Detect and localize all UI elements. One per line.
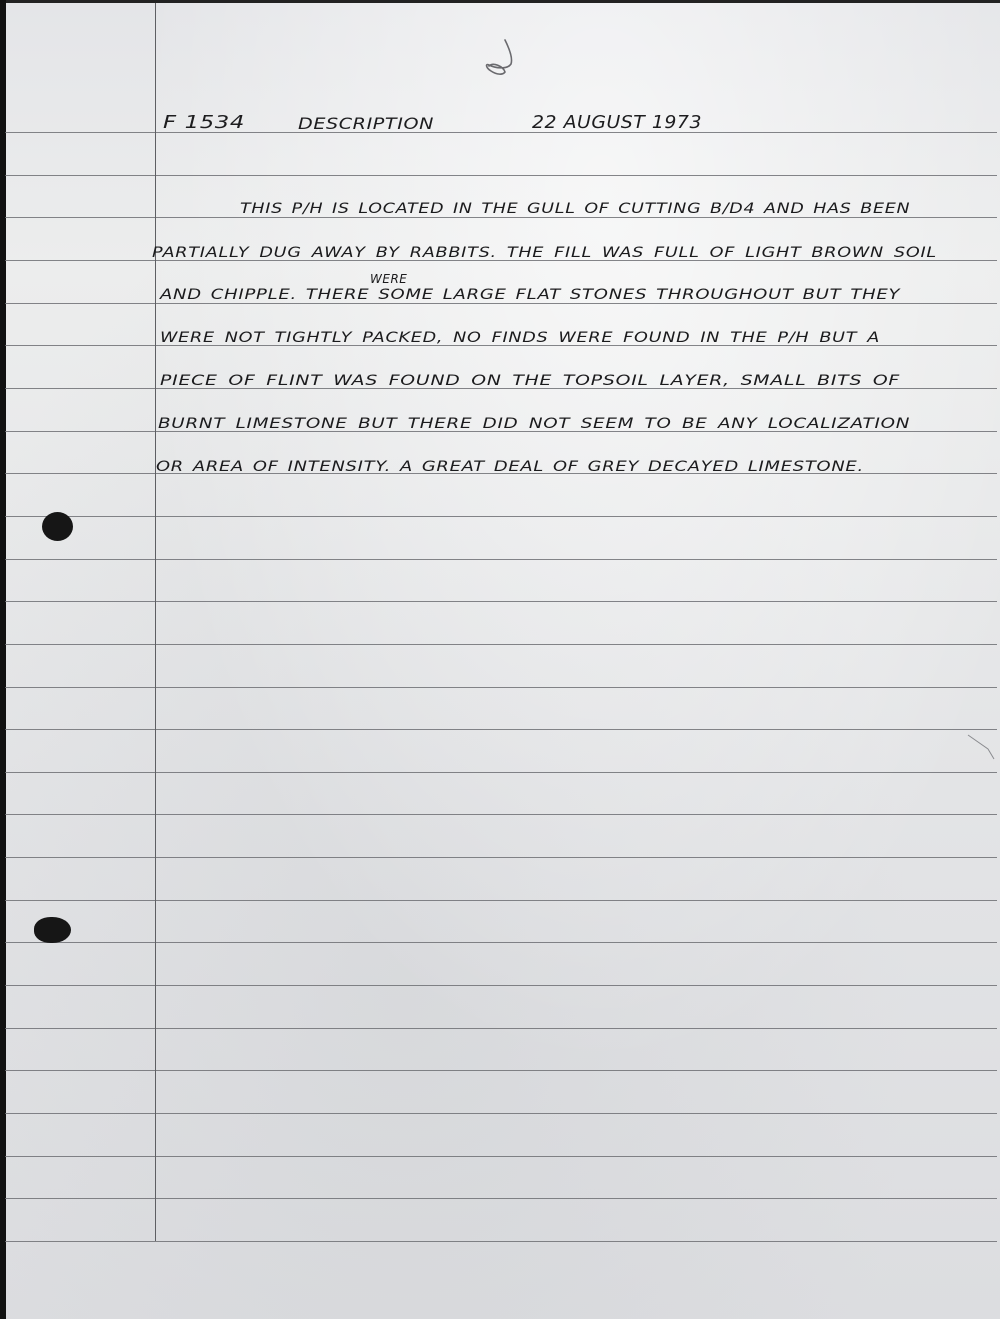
text-line-4: WERE NOT TIGHTLY PACKED, NO FINDS WERE F… xyxy=(160,330,880,346)
ruled-line xyxy=(5,1241,997,1242)
punch-hole-upper xyxy=(42,512,73,541)
ruled-line xyxy=(5,1113,997,1114)
feature-reference: F 1534 xyxy=(163,112,245,133)
entry-date: 22 AUGUST 1973 xyxy=(532,112,702,133)
ruled-line xyxy=(5,644,997,645)
ruled-line xyxy=(5,175,997,176)
pencil-scratch-mark xyxy=(966,733,996,763)
text-line-6: BURNT LIMESTONE BUT THERE DID NOT SEEM T… xyxy=(158,416,910,432)
text-line-2: PARTIALLY DUG AWAY BY RABBITS. THE FILL … xyxy=(152,245,937,261)
ruled-line xyxy=(5,942,997,943)
inserted-word: WERE xyxy=(370,272,407,286)
ruled-line xyxy=(5,857,997,858)
text-line-1: THIS P/H IS LOCATED IN THE GULL OF CUTTI… xyxy=(240,201,910,217)
ruled-line xyxy=(5,1028,997,1029)
ruled-line xyxy=(5,729,997,730)
ruled-line xyxy=(5,1198,997,1199)
page-number-mark xyxy=(483,38,523,88)
section-title: DESCRIPTION xyxy=(298,114,434,133)
ruled-line xyxy=(5,516,997,517)
ruled-line xyxy=(5,1156,997,1157)
ruled-line xyxy=(5,559,997,560)
ruled-line xyxy=(5,217,997,218)
ruled-line xyxy=(5,772,997,773)
ruled-line xyxy=(5,985,997,986)
text-line-7: OR AREA OF INTENSITY. A GREAT DEAL OF GR… xyxy=(156,459,864,475)
ruled-line xyxy=(5,303,997,304)
text-line-5: PIECE OF FLINT WAS FOUND ON THE TOPSOIL … xyxy=(160,373,900,389)
ruled-line xyxy=(5,601,997,602)
scan-left-edge xyxy=(0,0,6,1319)
punch-hole-lower xyxy=(34,917,71,943)
text-line-3: AND CHIPPLE. THERE SOME LARGE FLAT STONE… xyxy=(160,287,900,303)
ruled-line xyxy=(5,814,997,815)
ruled-line xyxy=(5,687,997,688)
ruled-line xyxy=(5,900,997,901)
ruled-line xyxy=(5,132,997,133)
margin-line xyxy=(155,3,156,1241)
ruled-line xyxy=(5,1070,997,1071)
scan-top-edge xyxy=(0,0,1000,3)
